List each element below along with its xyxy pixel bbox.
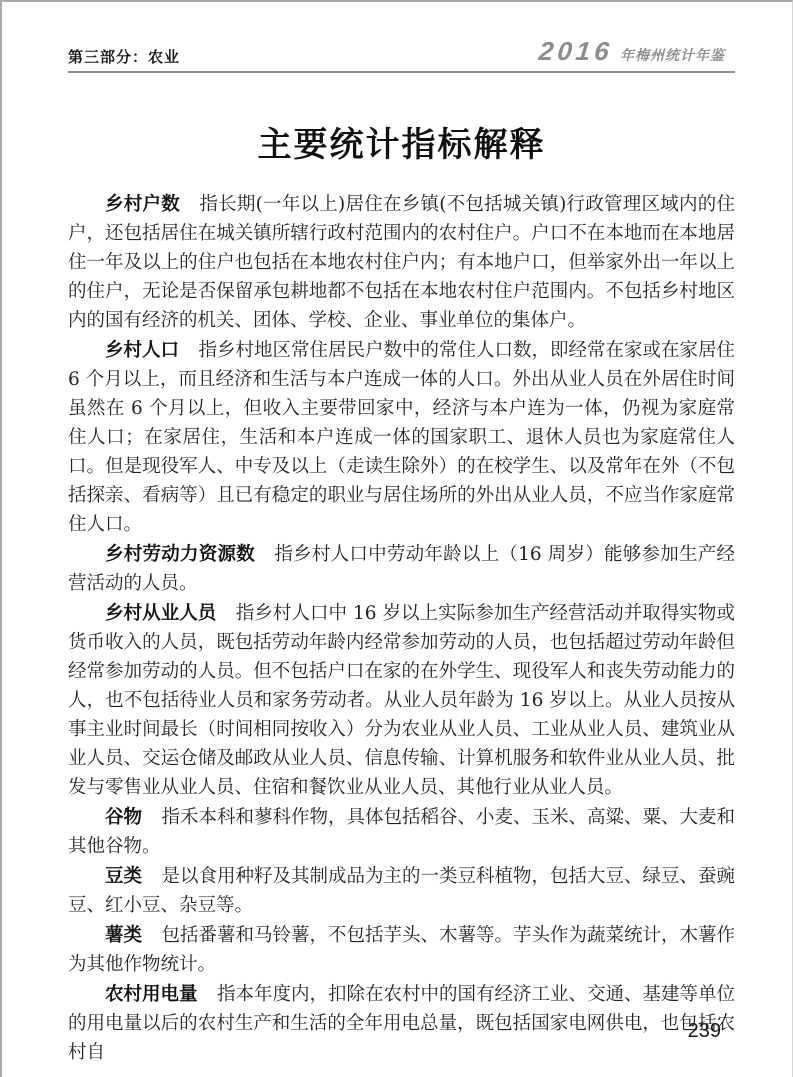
yearbook-logo-year: 2016 bbox=[538, 36, 615, 67]
term-label: 乡村从业人员 bbox=[105, 602, 216, 623]
term-label: 农村用电量 bbox=[105, 983, 198, 1004]
definition-paragraph: 谷物指禾本科和蓼科作物，具体包括稻谷、小麦、玉米、高粱、粟、大麦和其他谷物。 bbox=[68, 802, 735, 861]
term-definition: 包括番薯和马铃薯，不包括芋头、木薯等。芋头作为蔬菜统计，木薯作为其他作物统计。 bbox=[68, 925, 735, 975]
term-label: 豆类 bbox=[105, 865, 142, 886]
definitions-section: 乡村户数指长期(一年以上)居住在乡镇(不包括城关镇)行政管理区域内的住户，还包括… bbox=[68, 189, 735, 1067]
page-header: 第三部分：农业 2016 年梅州统计年鉴 bbox=[68, 0, 735, 73]
term-definition: 指长期(一年以上)居住在乡镇(不包括城关镇)行政管理区域内的住户，还包括居住在城… bbox=[68, 194, 735, 331]
definition-paragraph: 乡村户数指长期(一年以上)居住在乡镇(不包括城关镇)行政管理区域内的住户，还包括… bbox=[68, 189, 735, 335]
term-label: 谷物 bbox=[105, 806, 142, 827]
term-label: 薯类 bbox=[105, 924, 142, 945]
yearbook-logo-suffix: 年梅州统计年鉴 bbox=[620, 45, 725, 65]
term-definition: 指乡村地区常住居民户数中的常住人口数，即经常在家或在家居住 6 个月以上，而且经… bbox=[68, 340, 735, 535]
yearbook-logo: 2016 年梅州统计年鉴 bbox=[539, 36, 735, 67]
term-definition: 指乡村人口中 16 岁以上实际参加生产经营活动并取得实物或货币收入的人员，既包括… bbox=[68, 603, 735, 798]
page-title: 主要统计指标解释 bbox=[68, 125, 735, 166]
term-label: 乡村人口 bbox=[105, 339, 179, 360]
definition-paragraph: 豆类是以食用种籽及其制成品为主的一类豆科植物，包括大豆、绿豆、蚕豌豆、红小豆、杂… bbox=[68, 861, 735, 920]
page-content: 第三部分：农业 2016 年梅州统计年鉴 主要统计指标解释 乡村户数指长期(一年… bbox=[68, 0, 735, 1067]
page-number: 239 bbox=[688, 1020, 721, 1043]
section-label: 第三部分：农业 bbox=[68, 46, 180, 67]
term-definition: 指禾本科和蓼科作物，具体包括稻谷、小麦、玉米、高粱、粟、大麦和其他谷物。 bbox=[68, 807, 735, 857]
definition-paragraph: 乡村劳动力资源数指乡村人口中劳动年龄以上（16 周岁）能够参加生产经营活动的人员… bbox=[68, 539, 735, 598]
definition-paragraph: 农村用电量指本年度内，扣除在农村中的国有经济工业、交通、基建等单位的用电量以后的… bbox=[68, 979, 735, 1067]
term-label: 乡村户数 bbox=[105, 193, 180, 214]
definition-paragraph: 乡村从业人员指乡村人口中 16 岁以上实际参加生产经营活动并取得实物或货币收入的… bbox=[68, 598, 735, 802]
term-definition: 是以食用种籽及其制成品为主的一类豆科植物，包括大豆、绿豆、蚕豌豆、红小豆、杂豆等… bbox=[68, 866, 735, 916]
term-label: 乡村劳动力资源数 bbox=[105, 543, 255, 564]
definition-paragraph: 乡村人口指乡村地区常住居民户数中的常住人口数，即经常在家或在家居住 6 个月以上… bbox=[68, 335, 735, 539]
definition-paragraph: 薯类包括番薯和马铃薯，不包括芋头、木薯等。芋头作为蔬菜统计，木薯作为其他作物统计… bbox=[68, 920, 735, 979]
